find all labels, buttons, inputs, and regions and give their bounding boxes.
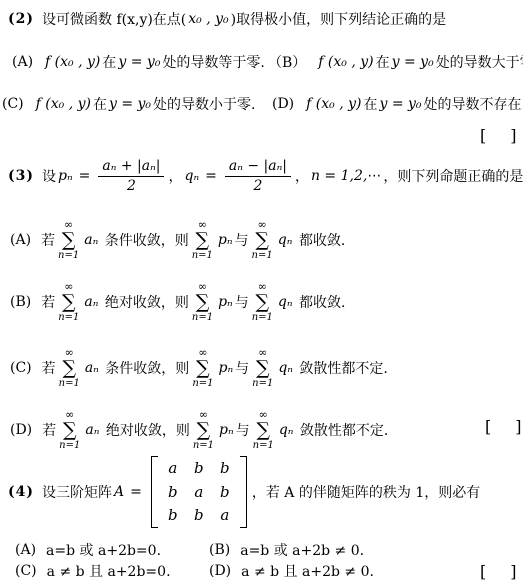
question-3-number: (3) xyxy=(8,168,34,184)
q4-option-a-label: (A) xyxy=(15,542,36,558)
q3-comma: ， xyxy=(295,166,309,186)
q4-option-b-text: a=b 或 a+2b ≠ 0. xyxy=(240,540,364,560)
exam-page: (2) 设可微函数 f(x,y)在点( x₀ , y₀ )取得极小值，则下列结论… xyxy=(0,0,523,585)
q4-matrix-name: A xyxy=(114,484,124,500)
q3-ruo: 若 xyxy=(42,420,56,440)
q3-q-term: qₙ xyxy=(278,232,293,248)
sigma-icon: ∑ xyxy=(63,421,77,440)
sum-lower-limit: n=1 xyxy=(193,441,214,451)
q3-p-term: pₙ xyxy=(58,168,73,184)
sum-lower-limit: n=1 xyxy=(58,251,79,261)
q3-option-a-cond: 条件收敛，则 xyxy=(100,230,188,250)
q3-q-term: qₙ xyxy=(279,422,294,438)
q2-fx-expr: f (x₀ , y) xyxy=(318,54,373,70)
q4-post-text: ，若 A 的伴随矩阵的秩为 1，则必有 xyxy=(252,482,480,502)
q4-option-b: (B) a=b 或 a+2b ≠ 0. xyxy=(209,540,364,560)
q3-comma: ， xyxy=(168,166,182,186)
sum-lower-limit: n=1 xyxy=(192,251,213,261)
q3-p-fraction: aₙ + |aₙ| 2 xyxy=(98,158,164,193)
q2-cond-expr: y = y₀ xyxy=(392,54,434,70)
q3-option-b: (B) 若 ∞ ∑ n=1 aₙ 绝对收敛，则 ∞ ∑ n=1 pₙ 与 ∞ ∑… xyxy=(10,278,345,326)
q3-ruo: 若 xyxy=(41,292,55,312)
q2-cond-expr: y = y₀ xyxy=(118,54,160,70)
summation-symbol: ∞ ∑ n=1 xyxy=(59,409,80,451)
matrix-A: a b b b a b b b a xyxy=(151,456,247,528)
matrix-cell: a xyxy=(166,460,180,477)
matrix-cell: b xyxy=(192,460,206,477)
matrix-grid: a b b b a b b b a xyxy=(158,456,240,528)
q2-zai: 在 xyxy=(102,52,116,72)
sum-lower-limit: n=1 xyxy=(58,313,79,323)
question-2-stem: (2) 设可微函数 f(x,y)在点( x₀ , y₀ )取得极小值，则下列结论… xyxy=(8,9,446,29)
sigma-icon: ∑ xyxy=(196,293,210,312)
sum-lower-limit: n=1 xyxy=(253,441,274,451)
q2-option-d-text: 处的导数不存在. xyxy=(424,94,523,114)
q2-option-b-label: （B） xyxy=(268,52,306,72)
q3-option-c-label: (C) xyxy=(10,360,32,376)
q3-option-d-tail: 敛散性都不定. xyxy=(295,420,388,440)
summation-symbol: ∞ ∑ n=1 xyxy=(58,219,79,261)
q2-cond-expr: y = y₀ xyxy=(379,96,421,112)
q3-p-term: pₙ xyxy=(219,360,234,376)
q3-a-term: aₙ xyxy=(85,360,99,376)
q3-option-a: (A) 若 ∞ ∑ n=1 aₙ 条件收敛，则 ∞ ∑ n=1 pₙ 与 ∞ ∑… xyxy=(10,216,345,264)
q3-option-a-tail: 都收敛. xyxy=(294,230,345,250)
matrix-cell: a xyxy=(218,507,232,524)
q3-bracket-open: [ xyxy=(485,417,491,436)
q2-option-c: (C) f (x₀ , y) 在 y = y₀ 处的导数小于零. xyxy=(2,94,255,114)
summation-symbol: ∞ ∑ n=1 xyxy=(252,347,273,389)
q3-bracket-close: ] xyxy=(515,417,521,436)
q4-pre-text: 设三阶矩阵 xyxy=(42,482,112,502)
question-3-stem: (3) 设 pₙ = aₙ + |aₙ| 2 ， qₙ = aₙ − |aₙ| … xyxy=(8,154,523,198)
matrix-cell: b xyxy=(192,507,206,524)
summation-symbol: ∞ ∑ n=1 xyxy=(59,347,80,389)
sum-lower-limit: n=1 xyxy=(59,441,80,451)
q3-stem-tail: 则下列命题正确的是 xyxy=(397,166,523,186)
q2-zai: 在 xyxy=(93,94,107,114)
q4-option-d-label: (D) xyxy=(209,563,231,579)
q3-comma: ， xyxy=(383,166,397,186)
q4-option-d: (D) a ≠ b 且 a+2b ≠ 0. xyxy=(209,561,374,581)
summation-symbol: ∞ ∑ n=1 xyxy=(192,219,213,261)
q4-option-a-text: a=b 或 a+2b=0. xyxy=(46,540,161,560)
matrix-left-bracket xyxy=(151,456,158,528)
sigma-icon: ∑ xyxy=(197,421,211,440)
summation-symbol: ∞ ∑ n=1 xyxy=(192,281,213,323)
q2-option-b-text: 处的导数大于零. xyxy=(436,52,523,72)
q3-a-term: aₙ xyxy=(85,422,99,438)
q4-option-b-label: (B) xyxy=(209,542,230,558)
sum-lower-limit: n=1 xyxy=(252,313,273,323)
summation-symbol: ∞ ∑ n=1 xyxy=(193,409,214,451)
question-2-number: (2) xyxy=(8,11,34,27)
q3-q-term: qₙ xyxy=(184,168,199,184)
sigma-icon: ∑ xyxy=(256,359,270,378)
q3-option-d: (D) 若 ∞ ∑ n=1 aₙ 绝对收敛，则 ∞ ∑ n=1 pₙ 与 ∞ ∑… xyxy=(10,406,388,454)
q3-yu: 与 xyxy=(235,292,249,312)
q3-a-term: aₙ xyxy=(84,294,98,310)
sum-lower-limit: n=1 xyxy=(192,313,213,323)
q3-option-b-label: (B) xyxy=(10,294,31,310)
q3-a-term: aₙ xyxy=(84,232,98,248)
sigma-icon: ∑ xyxy=(255,231,269,250)
q2-option-d-label: (D) xyxy=(272,96,294,112)
q4-option-c-text: a ≠ b 且 a+2b=0. xyxy=(47,561,171,581)
q2-option-c-label: (C) xyxy=(2,96,24,112)
q2-fx-expr: f (x₀ , y) xyxy=(36,96,91,112)
q3-yu: 与 xyxy=(236,420,250,440)
q4-option-c: (C) a ≠ b 且 a+2b=0. xyxy=(15,561,171,581)
q2-stem-text: 设可微函数 f(x,y)在点( xyxy=(42,9,186,29)
summation-symbol: ∞ ∑ n=1 xyxy=(252,219,273,261)
q4-option-a: (A) a=b 或 a+2b=0. xyxy=(15,540,161,560)
q3-p-term: pₙ xyxy=(218,294,233,310)
q2-zai: 在 xyxy=(363,94,377,114)
q3-option-d-label: (D) xyxy=(10,422,32,438)
q3-option-d-cond: 绝对收敛，则 xyxy=(101,420,189,440)
q2-option-a-label: (A) xyxy=(12,54,33,70)
matrix-cell: b xyxy=(218,484,232,501)
sigma-icon: ∑ xyxy=(62,231,76,250)
q3-q-fraction: aₙ − |aₙ| 2 xyxy=(225,158,291,193)
q3-q-term: qₙ xyxy=(278,360,293,376)
matrix-cell: a xyxy=(192,484,206,501)
q3-yu: 与 xyxy=(235,230,249,250)
question-4-number: (4) xyxy=(8,484,34,500)
summation-symbol: ∞ ∑ n=1 xyxy=(192,347,213,389)
q2-bracket-close: ] xyxy=(510,126,516,145)
matrix-cell: b xyxy=(166,484,180,501)
fraction-numerator: aₙ − |aₙ| xyxy=(225,158,291,176)
q3-equals: = xyxy=(205,168,217,184)
q2-option-c-text: 处的导数小于零. xyxy=(153,94,255,114)
q3-equals: = xyxy=(79,168,91,184)
q2-cond-expr: y = y₀ xyxy=(109,96,151,112)
q4-answer-bracket: [ ] xyxy=(480,562,517,581)
q4-bracket-open: [ xyxy=(480,562,486,581)
q2-stem-tail: )取得极小值，则下列结论正确的是 xyxy=(231,9,446,29)
question-4-stem: (4) 设三阶矩阵 A = a b b b a b b b a ，若 A 的伴随… xyxy=(8,455,480,529)
q2-option-a: (A) f (x₀ , y) 在 y = y₀ 处的导数等于零. xyxy=(12,52,265,72)
q3-n-condition: n = 1,2,⋯ xyxy=(311,168,381,184)
matrix-cell: b xyxy=(166,507,180,524)
q3-option-c-cond: 条件收敛，则 xyxy=(101,358,189,378)
q3-q-term: qₙ xyxy=(278,294,293,310)
q3-answer-bracket: [ ] xyxy=(485,417,522,436)
q3-option-c-tail: 敛散性都不定. xyxy=(295,358,388,378)
summation-symbol: ∞ ∑ n=1 xyxy=(253,409,274,451)
q4-bracket-close: ] xyxy=(510,562,516,581)
fraction-numerator: aₙ + |aₙ| xyxy=(98,158,164,176)
q3-she: 设 xyxy=(42,166,56,186)
sum-lower-limit: n=1 xyxy=(192,379,213,389)
q2-option-d: (D) f (x₀ , y) 在 y = y₀ 处的导数不存在. xyxy=(272,94,523,114)
sigma-icon: ∑ xyxy=(256,421,270,440)
sigma-icon: ∑ xyxy=(256,293,270,312)
q3-p-term: pₙ xyxy=(218,232,233,248)
q4-equals: = xyxy=(130,484,142,500)
q2-fx-expr: f (x₀ , y) xyxy=(45,54,100,70)
q4-option-c-label: (C) xyxy=(15,563,37,579)
q2-stem-point: x₀ , y₀ xyxy=(188,11,228,27)
q3-ruo: 若 xyxy=(41,230,55,250)
q3-option-a-label: (A) xyxy=(10,232,31,248)
sigma-icon: ∑ xyxy=(196,231,210,250)
sum-lower-limit: n=1 xyxy=(59,379,80,389)
fraction-denominator: 2 xyxy=(253,177,262,194)
q3-option-b-cond: 绝对收敛，则 xyxy=(100,292,188,312)
q3-yu: 与 xyxy=(235,358,249,378)
q2-bracket-open: [ xyxy=(480,126,486,145)
q3-option-c: (C) 若 ∞ ∑ n=1 aₙ 条件收敛，则 ∞ ∑ n=1 pₙ 与 ∞ ∑… xyxy=(10,344,388,392)
sum-lower-limit: n=1 xyxy=(252,251,273,261)
q2-answer-bracket: [ ] xyxy=(480,126,517,145)
q2-option-b: （B） f (x₀ , y) 在 y = y₀ 处的导数大于零. xyxy=(268,52,523,72)
q2-zai: 在 xyxy=(376,52,390,72)
sigma-icon: ∑ xyxy=(62,359,76,378)
q2-fx-expr: f (x₀ , y) xyxy=(306,96,361,112)
sigma-icon: ∑ xyxy=(62,293,76,312)
matrix-cell: b xyxy=(218,460,232,477)
q4-option-d-text: a ≠ b 且 a+2b ≠ 0. xyxy=(241,561,374,581)
matrix-right-bracket xyxy=(240,456,247,528)
sum-lower-limit: n=1 xyxy=(252,379,273,389)
q3-option-b-tail: 都收敛. xyxy=(295,292,346,312)
sigma-icon: ∑ xyxy=(196,359,210,378)
q3-ruo: 若 xyxy=(42,358,56,378)
summation-symbol: ∞ ∑ n=1 xyxy=(252,281,273,323)
fraction-denominator: 2 xyxy=(127,177,136,194)
q2-option-a-text: 处的导数等于零. xyxy=(162,52,264,72)
summation-symbol: ∞ ∑ n=1 xyxy=(58,281,79,323)
q3-p-term: pₙ xyxy=(219,422,234,438)
